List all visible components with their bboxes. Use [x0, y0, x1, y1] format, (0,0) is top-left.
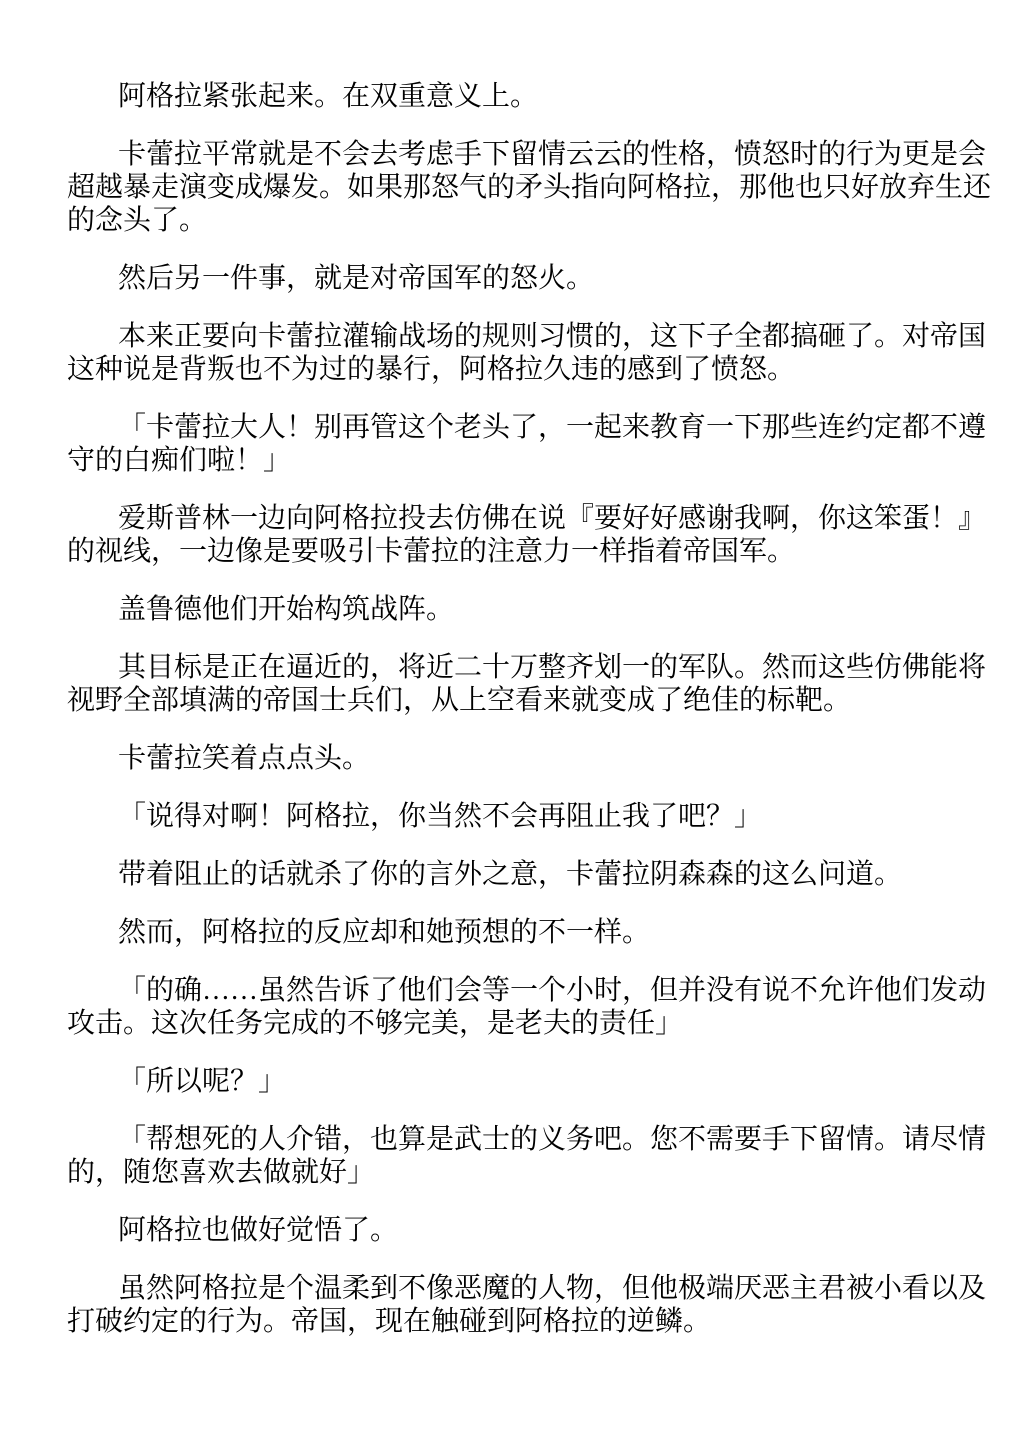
paragraph: 阿格拉紧张起来。在双重意义上。 — [67, 80, 947, 113]
text-line: 爱斯普林一边向阿格拉投去仿佛在说『要好好感谢我啊，你这笨蛋！』 — [67, 502, 947, 535]
text-line: 阿格拉紧张起来。在双重意义上。 — [67, 80, 947, 113]
text-line: 然后另一件事，就是对帝国军的怒火。 — [67, 262, 947, 295]
text-line: 虽然阿格拉是个温柔到不像恶魔的人物，但他极端厌恶主君被小看以及 — [67, 1272, 947, 1305]
text-line: 「的确……虽然告诉了他们会等一个小时，但并没有说不允许他们发动 — [67, 974, 947, 1007]
text-line: 盖鲁德他们开始构筑战阵。 — [67, 593, 947, 626]
text-line: 其目标是正在逼近的，将近二十万整齐划一的军队。然而这些仿佛能将 — [67, 651, 947, 684]
text-line: 超越暴走演变成爆发。如果那怒气的矛头指向阿格拉，那他也只好放弃生还 — [67, 171, 947, 204]
text-line: 的念头了。 — [67, 204, 947, 237]
text-line: 打破约定的行为。帝国，现在触碰到阿格拉的逆鳞。 — [67, 1305, 947, 1338]
text-line: 阿格拉也做好觉悟了。 — [67, 1214, 947, 1247]
text-line: 视野全部填满的帝国士兵们，从上空看来就变成了绝佳的标靶。 — [67, 684, 947, 717]
paragraph: 卡蕾拉平常就是不会去考虑手下留情云云的性格，愤怒时的行为更是会超越暴走演变成爆发… — [67, 138, 947, 237]
text-line: 的，随您喜欢去做就好」 — [67, 1156, 947, 1189]
text-line: 卡蕾拉笑着点点头。 — [67, 742, 947, 775]
text-line: 本来正要向卡蕾拉灌输战场的规则习惯的，这下子全都搞砸了。对帝国 — [67, 320, 947, 353]
text-line: 然而，阿格拉的反应却和她预想的不一样。 — [67, 916, 947, 949]
text-line: 「卡蕾拉大人！别再管这个老头了，一起来教育一下那些连约定都不遵 — [67, 411, 947, 444]
paragraph: 卡蕾拉笑着点点头。 — [67, 742, 947, 775]
paragraph: 虽然阿格拉是个温柔到不像恶魔的人物，但他极端厌恶主君被小看以及打破约定的行为。帝… — [67, 1272, 947, 1338]
paragraph: 「卡蕾拉大人！别再管这个老头了，一起来教育一下那些连约定都不遵守的白痴们啦！」 — [67, 411, 947, 477]
paragraph: 其目标是正在逼近的，将近二十万整齐划一的军队。然而这些仿佛能将视野全部填满的帝国… — [67, 651, 947, 717]
paragraph: 阿格拉也做好觉悟了。 — [67, 1214, 947, 1247]
paragraph: 爱斯普林一边向阿格拉投去仿佛在说『要好好感谢我啊，你这笨蛋！』的视线，一边像是要… — [67, 502, 947, 568]
text-line: 带着阻止的话就杀了你的言外之意，卡蕾拉阴森森的这么问道。 — [67, 858, 947, 891]
paragraph: 盖鲁德他们开始构筑战阵。 — [67, 593, 947, 626]
paragraph: 「帮想死的人介错，也算是武士的义务吧。您不需要手下留情。请尽情的，随您喜欢去做就… — [67, 1123, 947, 1189]
paragraph: 带着阻止的话就杀了你的言外之意，卡蕾拉阴森森的这么问道。 — [67, 858, 947, 891]
text-line: 这种说是背叛也不为过的暴行，阿格拉久违的感到了愤怒。 — [67, 353, 947, 386]
document-page: 阿格拉紧张起来。在双重意义上。卡蕾拉平常就是不会去考虑手下留情云云的性格，愤怒时… — [0, 0, 1017, 1437]
paragraph: 然而，阿格拉的反应却和她预想的不一样。 — [67, 916, 947, 949]
text-line: 卡蕾拉平常就是不会去考虑手下留情云云的性格，愤怒时的行为更是会 — [67, 138, 947, 171]
paragraph: 「所以呢？」 — [67, 1065, 947, 1098]
paragraph: 「说得对啊！阿格拉，你当然不会再阻止我了吧？」 — [67, 800, 947, 833]
text-line: 的视线，一边像是要吸引卡蕾拉的注意力一样指着帝国军。 — [67, 535, 947, 568]
paragraph: 然后另一件事，就是对帝国军的怒火。 — [67, 262, 947, 295]
text-line: 「帮想死的人介错，也算是武士的义务吧。您不需要手下留情。请尽情 — [67, 1123, 947, 1156]
text-body: 阿格拉紧张起来。在双重意义上。卡蕾拉平常就是不会去考虑手下留情云云的性格，愤怒时… — [67, 80, 947, 1338]
paragraph: 「的确……虽然告诉了他们会等一个小时，但并没有说不允许他们发动攻击。这次任务完成… — [67, 974, 947, 1040]
text-line: 守的白痴们啦！」 — [67, 444, 947, 477]
text-line: 「所以呢？」 — [67, 1065, 947, 1098]
paragraph: 本来正要向卡蕾拉灌输战场的规则习惯的，这下子全都搞砸了。对帝国这种说是背叛也不为… — [67, 320, 947, 386]
text-line: 「说得对啊！阿格拉，你当然不会再阻止我了吧？」 — [67, 800, 947, 833]
text-line: 攻击。这次任务完成的不够完美，是老夫的责任」 — [67, 1007, 947, 1040]
